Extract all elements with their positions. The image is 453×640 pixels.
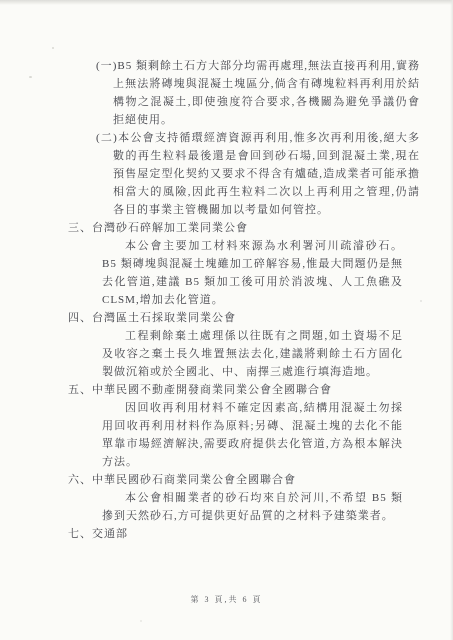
block-text: 本公會支持循環經濟資源再利用,惟多次再利用後,絕大多數的再生粒料最後還是會回到砂… bbox=[113, 132, 420, 216]
block-text: 工程剩餘棄土處理係以往既有之問題,如土資場不足及收容之棄土長久堆置無法去化,建議… bbox=[102, 330, 403, 378]
block-text: 本公會相關業者的砂石均來自於河川,不希望 B5 類摻到天然砂石,方可提供更好品質… bbox=[102, 492, 403, 522]
list-marker: 四、 bbox=[68, 312, 92, 324]
document-block-heading: 三、台灣砂石碎解加工業同業公會 bbox=[68, 219, 408, 237]
page-number-footer: 第 3 頁,共 6 頁 bbox=[0, 594, 453, 605]
document-block-heading: 五、中華民國不動產開發商業同業公會全國聯合會 bbox=[68, 381, 408, 399]
document-block-paragraph: 工程剩餘棄土處理係以往既有之問題,如土資場不足及收容之棄土長久堆置無法去化,建議… bbox=[102, 327, 403, 381]
document-block-sub-item: (一)B5 類剩餘土石方大部分均需再處理,無法直接再利用,實務上無法將磚塊與混凝… bbox=[96, 57, 420, 129]
list-marker: 五、 bbox=[68, 384, 92, 396]
list-marker: (一) bbox=[96, 60, 117, 72]
block-text: 本公會主要加工材料來源為水利署河川疏濬砂石。B5 類磚塊與混凝土塊雖加工碎解容易… bbox=[102, 240, 403, 306]
list-marker: 七、 bbox=[68, 528, 92, 540]
scan-bottom-edge-shade bbox=[0, 636, 453, 640]
scan-noise-speck bbox=[140, 620, 142, 622]
block-text: 中華民國不動產開發商業同業公會全國聯合會 bbox=[92, 384, 332, 396]
document-block-heading: 六、中華民國砂石商業同業公會全國聯合會 bbox=[68, 471, 408, 489]
document-block-sub-item: (二)本公會支持循環經濟資源再利用,惟多次再利用後,絕大多數的再生粒料最後還是會… bbox=[96, 129, 420, 219]
block-text: 台灣砂石碎解加工業同業公會 bbox=[92, 222, 248, 234]
list-marker: 三、 bbox=[68, 222, 92, 234]
document-block-paragraph: 本公會相關業者的砂石均來自於河川,不希望 B5 類摻到天然砂石,方可提供更好品質… bbox=[102, 489, 403, 525]
scan-noise-speck bbox=[52, 47, 54, 49]
block-text: 台灣區土石採取業同業公會 bbox=[92, 312, 236, 324]
document-block-paragraph: 因回收再利用材料不確定因素高,結構用混凝土勿採用回收再利用材料作為原料;另磚、混… bbox=[102, 399, 403, 471]
document-block-heading: 七、交通部 bbox=[68, 525, 408, 543]
list-marker: (二) bbox=[96, 132, 118, 144]
list-marker: 六、 bbox=[68, 474, 92, 486]
block-text: 中華民國砂石商業同業公會全國聯合會 bbox=[92, 474, 296, 486]
block-text: B5 類剩餘土石方大部分均需再處理,無法直接再利用,實務上無法將磚塊與混凝土塊區… bbox=[113, 60, 420, 126]
document-block-paragraph: 本公會主要加工材料來源為水利署河川疏濬砂石。B5 類磚塊與混凝土塊雖加工碎解容易… bbox=[102, 237, 403, 309]
document-body: (一)B5 類剩餘土石方大部分均需再處理,無法直接再利用,實務上無法將磚塊與混凝… bbox=[0, 57, 453, 543]
scan-top-edge-artifact bbox=[0, 0, 453, 5]
document-block-heading: 四、台灣區土石採取業同業公會 bbox=[68, 309, 408, 327]
block-text: 交通部 bbox=[92, 528, 128, 540]
block-text: 因回收再利用材料不確定因素高,結構用混凝土勿採用回收再利用材料作為原料;另磚、混… bbox=[102, 402, 403, 468]
